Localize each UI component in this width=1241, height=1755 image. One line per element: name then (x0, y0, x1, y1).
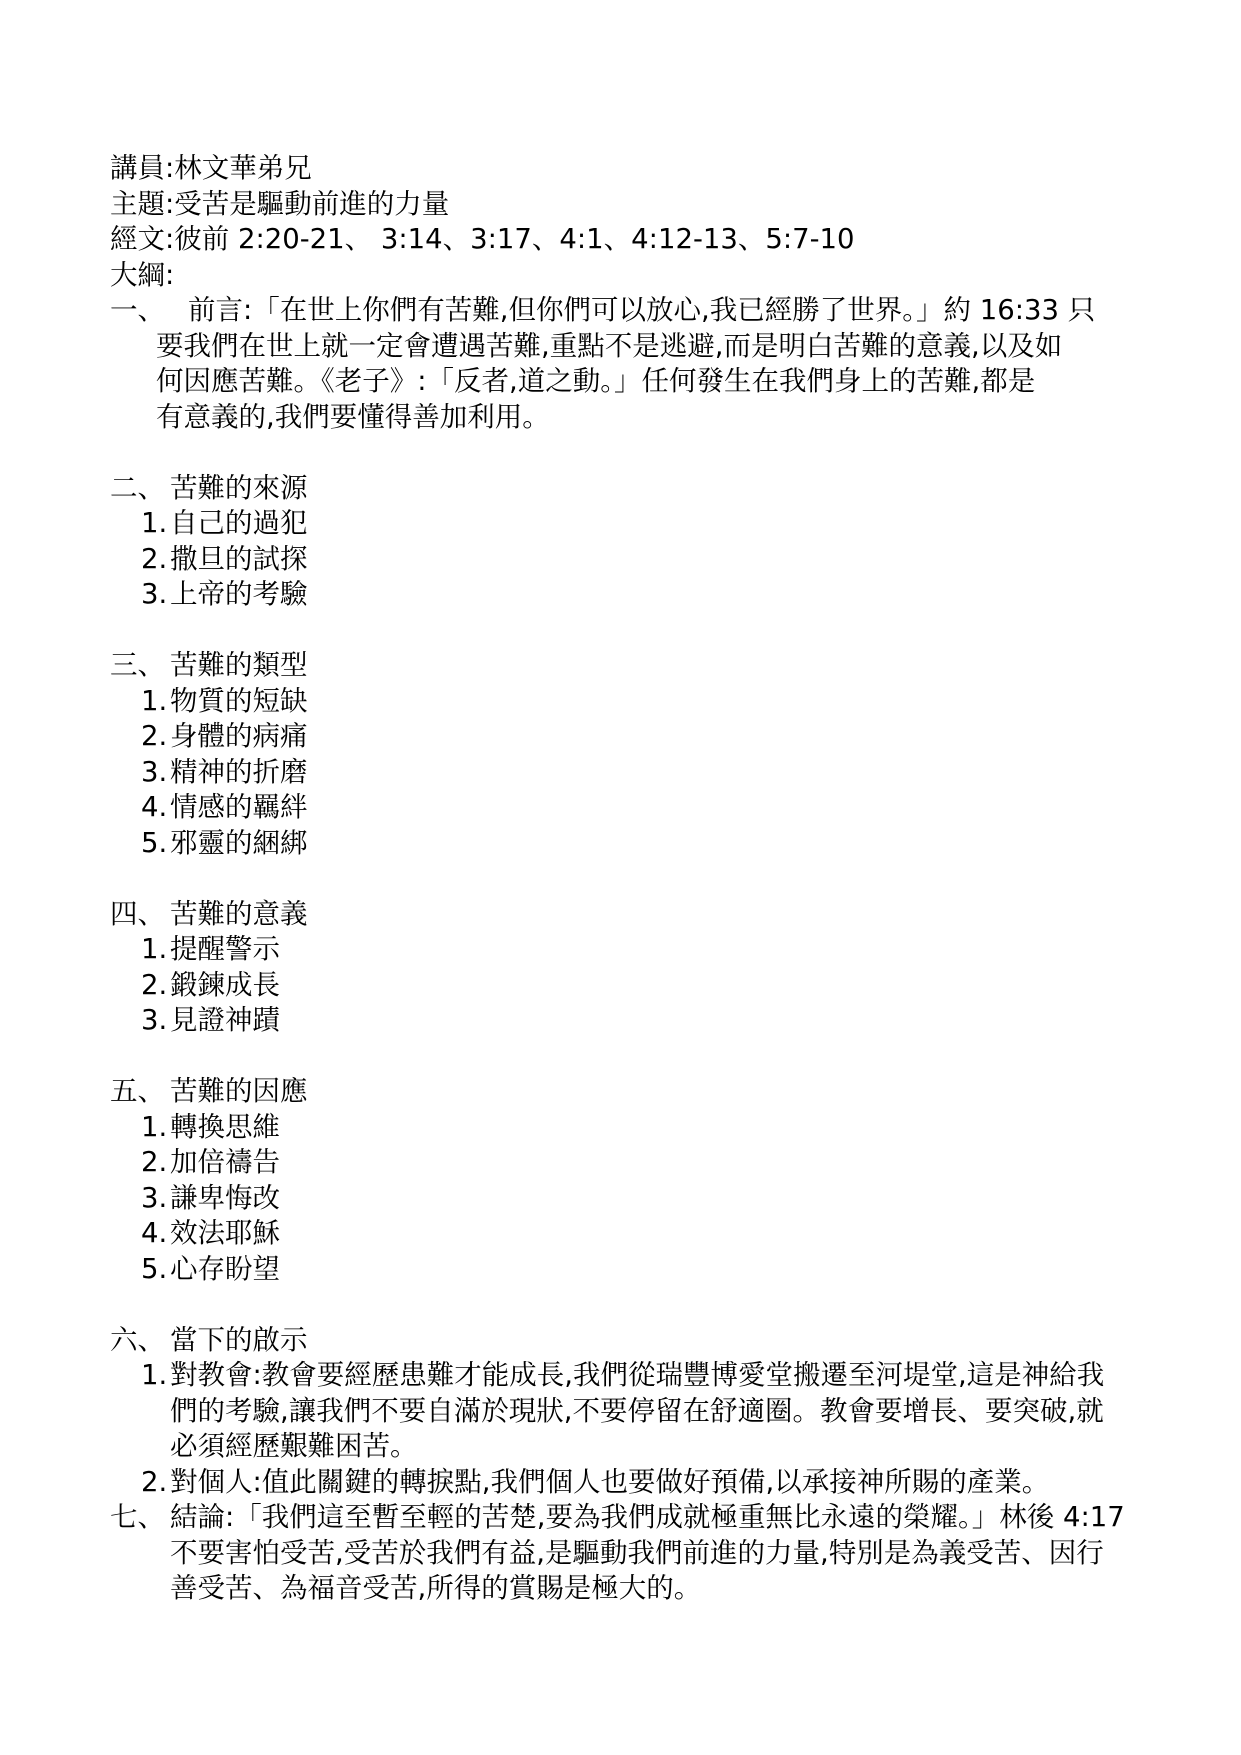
item-number: 2. (141, 719, 170, 755)
section-6-item-2: 2. 對個人:值此關鍵的轉捩點,我們個人也要做好預備,以承接神所賜的產業。 (110, 1465, 1201, 1501)
outline-section-7: 七、 結論:「我們這至暫至輕的苦楚,要為我們成就極重無比永遠的榮耀。」林後 4:… (110, 1500, 1201, 1536)
section-1-line-2: 要我們在世上就一定會遭遇苦難,重點不是逃避,而是明白苦難的意義,以及如 (156, 329, 1201, 365)
section-4-heading: 苦難的意義 (170, 897, 308, 933)
item-number: 1. (141, 684, 170, 720)
item-number: 1. (141, 932, 170, 968)
item-text: 身體的病痛 (170, 719, 308, 755)
item-number: 5. (141, 1252, 170, 1288)
item-text: 轉換思維 (170, 1110, 280, 1146)
section-6-item-1-line-3: 必須經歷艱難困苦。 (170, 1429, 1201, 1465)
section-5-item-3: 3. 謙卑悔改 (110, 1181, 1201, 1217)
section-6-marker: 六、 (110, 1323, 170, 1359)
outline-section-1: 一、 前言:「在世上你們有苦難,但你們可以放心,我已經勝了世界。」約 16:33… (110, 293, 1201, 329)
item-text: 提醒警示 (170, 932, 280, 968)
item-text: 撒旦的試探 (170, 542, 308, 578)
item-number: 4. (141, 1216, 170, 1252)
blank-line (110, 1287, 1201, 1323)
section-1-marker: 一、 (110, 293, 188, 329)
item-number: 3. (141, 1003, 170, 1039)
section-3-item-4: 4. 情感的羈絆 (110, 790, 1201, 826)
item-number: 2. (141, 1145, 170, 1181)
blank-line (110, 435, 1201, 471)
section-7-line-2: 不要害怕受苦,受苦於我們有益,是驅動我們前進的力量,特別是為義受苦、因行 (170, 1536, 1201, 1572)
item-text: 精神的折磨 (170, 755, 308, 791)
section-1-line-1: 前言:「在世上你們有苦難,但你們可以放心,我已經勝了世界。」約 16:33 只 (188, 293, 1095, 329)
item-number: 3. (141, 755, 170, 791)
section-6-heading: 當下的啟示 (170, 1323, 308, 1359)
item-number: 2. (141, 1465, 170, 1501)
outline-section-4: 四、 苦難的意義 (110, 897, 1201, 933)
outline-section-5: 五、 苦難的因應 (110, 1074, 1201, 1110)
meta-line-topic: 主題:受苦是驅動前進的力量 (110, 187, 1201, 223)
section-3-item-5: 5. 邪靈的綑綁 (110, 826, 1201, 862)
outline-section-2: 二、 苦難的來源 (110, 471, 1201, 507)
item-number: 1. (141, 1110, 170, 1146)
document-page: 講員:林文華弟兄 主題:受苦是驅動前進的力量 經文:彼前 2:20-21、 3:… (0, 0, 1241, 1755)
section-3-marker: 三、 (110, 648, 170, 684)
item-text: 效法耶穌 (170, 1216, 280, 1252)
item-number: 5. (141, 826, 170, 862)
item-number: 1. (141, 1358, 170, 1394)
item-text: 對教會:教會要經歷患難才能成長,我們從瑞豐博愛堂搬遷至河堤堂,這是神給我 (170, 1358, 1104, 1394)
item-number: 2. (141, 968, 170, 1004)
section-7-line-3: 善受苦、為福音受苦,所得的賞賜是極大的。 (170, 1571, 1201, 1607)
section-5-item-4: 4. 效法耶穌 (110, 1216, 1201, 1252)
section-4-item-2: 2. 鍛鍊成長 (110, 968, 1201, 1004)
blank-line (110, 1039, 1201, 1075)
item-number: 4. (141, 790, 170, 826)
item-text: 自己的過犯 (170, 506, 308, 542)
section-6-item-1: 1. 對教會:教會要經歷患難才能成長,我們從瑞豐博愛堂搬遷至河堤堂,這是神給我 (110, 1358, 1201, 1394)
item-text: 邪靈的綑綁 (170, 826, 308, 862)
section-5-heading: 苦難的因應 (170, 1074, 308, 1110)
section-4-item-1: 1. 提醒警示 (110, 932, 1201, 968)
item-text: 物質的短缺 (170, 684, 308, 720)
section-2-item-1: 1. 自己的過犯 (110, 506, 1201, 542)
section-5-item-2: 2. 加倍禱告 (110, 1145, 1201, 1181)
section-7-line-1: 結論:「我們這至暫至輕的苦楚,要為我們成就極重無比永遠的榮耀。」林後 4:17 (170, 1500, 1125, 1536)
section-5-item-5: 5. 心存盼望 (110, 1252, 1201, 1288)
item-text: 對個人:值此關鍵的轉捩點,我們個人也要做好預備,以承接神所賜的產業。 (170, 1465, 1049, 1501)
section-2-item-2: 2. 撒旦的試探 (110, 542, 1201, 578)
outline-section-6: 六、 當下的啟示 (110, 1323, 1201, 1359)
item-number: 3. (141, 577, 170, 613)
section-5-marker: 五、 (110, 1074, 170, 1110)
blank-line (110, 861, 1201, 897)
item-text: 鍛鍊成長 (170, 968, 280, 1004)
item-number: 2. (141, 542, 170, 578)
section-5-item-1: 1. 轉換思維 (110, 1110, 1201, 1146)
meta-line-scripture: 經文:彼前 2:20-21、 3:14、3:17、4:1、4:12-13、5:7… (110, 222, 1201, 258)
meta-line-outline-label: 大綱: (110, 258, 1201, 294)
item-text: 上帝的考驗 (170, 577, 308, 613)
section-2-marker: 二、 (110, 471, 170, 507)
section-2-item-3: 3. 上帝的考驗 (110, 577, 1201, 613)
section-4-item-3: 3. 見證神蹟 (110, 1003, 1201, 1039)
meta-line-speaker: 講員:林文華弟兄 (110, 151, 1201, 187)
blank-line (110, 613, 1201, 649)
section-3-item-1: 1. 物質的短缺 (110, 684, 1201, 720)
section-7-marker: 七、 (110, 1500, 170, 1536)
section-6-item-1-line-2: 們的考驗,讓我們不要自滿於現狀,不要停留在舒適圈。教會要增長、要突破,就 (170, 1394, 1201, 1430)
section-3-item-2: 2. 身體的病痛 (110, 719, 1201, 755)
section-4-marker: 四、 (110, 897, 170, 933)
item-text: 心存盼望 (170, 1252, 280, 1288)
item-number: 3. (141, 1181, 170, 1217)
item-text: 謙卑悔改 (170, 1181, 280, 1217)
section-3-heading: 苦難的類型 (170, 648, 308, 684)
item-text: 見證神蹟 (170, 1003, 280, 1039)
item-number: 1. (141, 506, 170, 542)
outline-section-3: 三、 苦難的類型 (110, 648, 1201, 684)
section-1-line-3: 何因應苦難。《老子》:「反者,道之動。」任何發生在我們身上的苦難,都是 (156, 364, 1201, 400)
section-1-line-4: 有意義的,我們要懂得善加利用。 (156, 400, 1201, 436)
item-text: 情感的羈絆 (170, 790, 308, 826)
item-text: 加倍禱告 (170, 1145, 280, 1181)
section-3-item-3: 3. 精神的折磨 (110, 755, 1201, 791)
section-2-heading: 苦難的來源 (170, 471, 308, 507)
